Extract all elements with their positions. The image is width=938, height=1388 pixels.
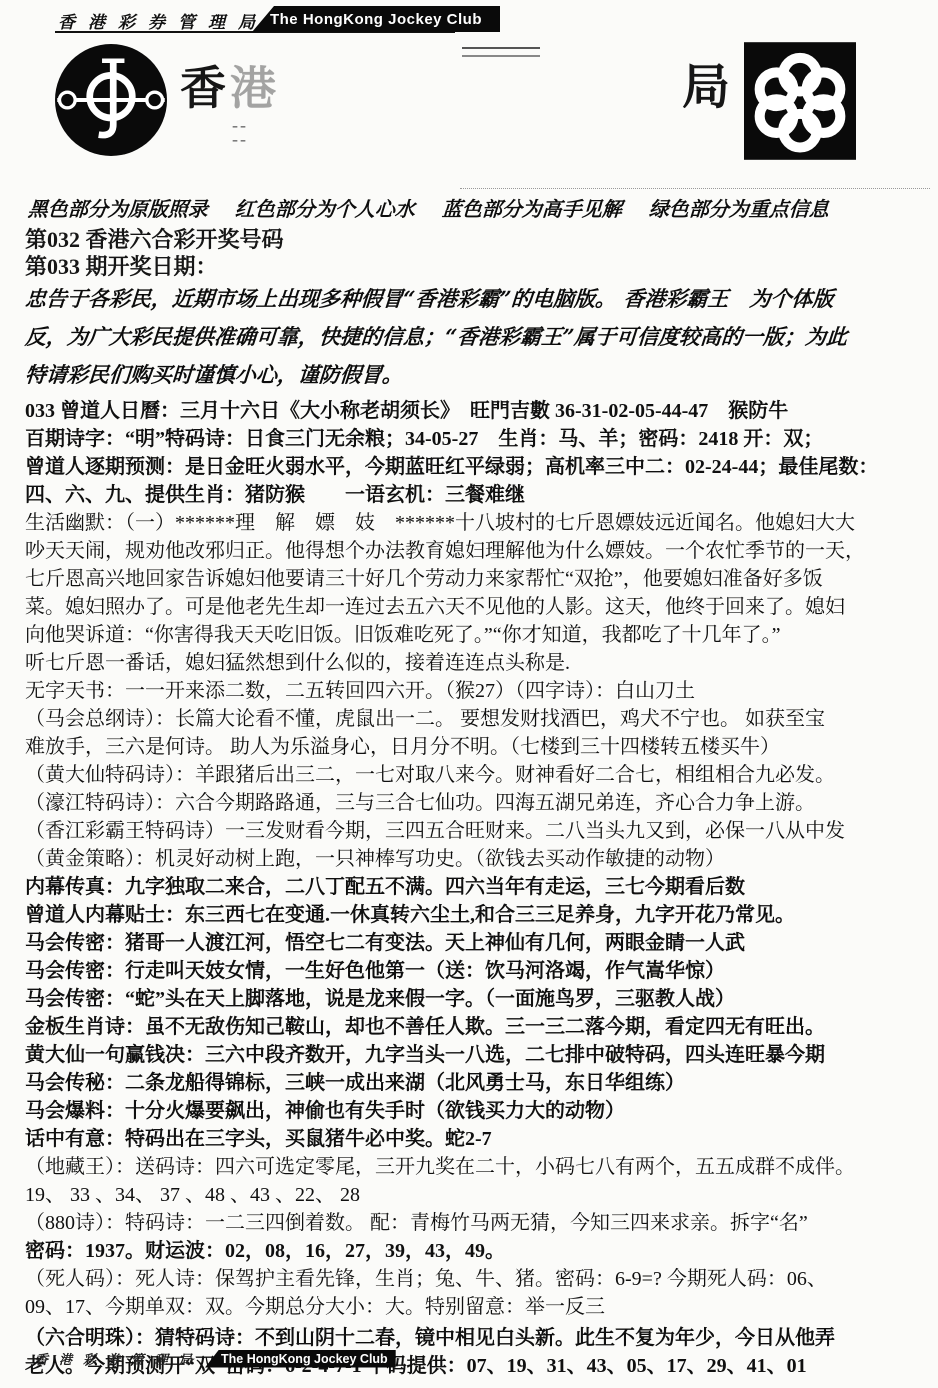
pearl-poem-line-1: （六合明珠）：猜特码诗：不到山阴十二春，镜中相见白头新。此生不复为年少，今日从他…	[25, 1324, 927, 1352]
club-secret-2: 马会传密：行走叫天妓女情，一生好色他第一（送：饮马河洛竭，作气嵩华惊）	[25, 957, 927, 985]
issue-032-line: 第032 香港六合彩开奖号码	[25, 226, 927, 253]
club-outline-poem-1: （马会总纲诗）：长篇大论看不懂，虎鼠出一二。 要想发财找酒巴，鸡犬不宁也。 如获…	[25, 705, 927, 733]
club-secret-3: 马会传密：“蛇”头在天上脚落地，说是龙来假一字。（一面施鸟罗，三驱教人战）	[25, 985, 927, 1013]
footer: 香港彩券管理局 The HongKong Jockey Club	[35, 1349, 396, 1368]
club-outline-poem-2: 难放手，三六是何诗。 助人为乐溢身心，日月分不明。（七楼到三十四楼转五楼买牛）	[25, 733, 927, 761]
death-code-line-2: 09、17、今期单双：双。今期总分大小：大。特别留意：举一反三	[25, 1293, 927, 1321]
poem-880-line: （880诗）：特码诗：一二三四倒着数。 配：青梅竹马两无猜，今知三四来求亲。拆字…	[25, 1209, 927, 1237]
insider-fax-line: 内幕传真：九字独取二来合，二八丁配五不满。四六当年有走运，三七今期看后数	[25, 873, 927, 901]
footer-org-english: The HongKong Jockey Club	[221, 1352, 388, 1366]
number-list-line: 19、 33 、34、 37 、48 、43 、22、 28	[25, 1181, 927, 1209]
color-legend: 黑色部分为原版照录 红色部分为个人心水 蓝色部分为高手见解 绿色部分为重点信息	[27, 193, 919, 222]
heungkong-poem-line: （香江彩霸王特码诗）一三发财看今期，三四五合旺财来。二八当头九又到，必保一八从中…	[25, 817, 927, 845]
header-org-chinese: 香港彩券管理局	[58, 8, 268, 33]
golden-strategy-line: （黄金策略）：机灵好动树上跑，一只神棒写功史。（欲钱去买动作敏捷的动物）	[25, 845, 927, 873]
poem-word-line: 百期诗字：“明”特码诗：日食三门无余粮；34-05-27 生肖：马、羊；密码：2…	[25, 425, 927, 453]
humor-line-1: 生活幽默：（一）******理 解 嫖 妓 ******十八坡村的七斤恩嫖妓远近…	[25, 509, 927, 537]
lottery-tip-sheet-scan: 香港彩券管理局 The HongKong Jockey Club 香港 ----…	[0, 0, 938, 1388]
warning-line-3: 特请彩民们购买时谨慎小心，谨防假冒。	[24, 356, 929, 394]
zodiac-line: 四、六、九、提供生肖：猪防猴 一语玄机：三餐难继	[25, 481, 927, 509]
gold-zodiac-poem: 金板生肖诗：虽不无敌伤知己鞍山，却也不善任人欺。三一三二落今期，看定四无有旺出。	[25, 1013, 927, 1041]
hidden-meaning-line: 话中有意：特码出在三字头，买鼠猪牛必中奖。蛇2-7	[25, 1125, 927, 1153]
issue-033-line: 第033 期开奖日期：	[25, 253, 927, 280]
password-wave-line: 密码：1937。财运波：02，08，16，27，39，43，49。	[25, 1237, 927, 1265]
brand-char-1: 香	[180, 63, 230, 114]
wongtaisin-poem-line: （黄大仙特码诗）：羊跟猪后出三二，一七对取八来今。财神看好二合七，相组相合九必发…	[25, 761, 927, 789]
scan-artifact-dashes: ----	[232, 118, 248, 146]
flower-rings-logo	[744, 42, 856, 160]
wordless-book-line: 无字天书：一一开来添二数，二五转回四六开。（猴27）（四字诗）：白山刀土	[25, 677, 927, 705]
humor-line-6: 听七斤恩一番话，媳妇猛然想到什么似的，接着连连点头称是.	[25, 649, 927, 677]
jockey-club-circle-logo	[55, 44, 167, 156]
header-banner: The HongKong Jockey Club	[252, 6, 500, 32]
club-scoop-line: 马会爆料：十分火爆要飙出，神偷也有失手时（欲钱买力大的动物）	[25, 1097, 927, 1125]
club-mystery-line: 马会传秘：二条龙船得锦标，三峡一成出来湖（北风勇士马，东日华组练）	[25, 1069, 927, 1097]
brand-hongkong-text: 香港	[180, 52, 280, 118]
humor-line-3: 七斤恩高兴地回家告诉媳妇他要请三十好几个劳动力来家帮忙“双抢”，他要媳妇准备好多…	[25, 565, 927, 593]
dizang-poem-line: （地藏王）：送码诗：四六可选定零尾，三开九奖在二十，小码七八有两个，五五成群不成…	[25, 1153, 927, 1181]
document-body: 第032 香港六合彩开奖号码 第033 期开奖日期： 忠告于各彩民，近期市场上出…	[25, 226, 927, 1380]
warning-line-2: 反，为广大彩民提供准确可靠，快捷的信息；“香港彩霸王”属于可信度较高的一版；为此	[24, 318, 929, 356]
forecast-line: 曾道人逐期预测：是日金旺火弱水平，今期蓝旺红平绿弱；高机率三中二：02-24-4…	[25, 453, 927, 481]
humor-line-2: 吵天天闹，规劝他改邪归正。他得想个办法教育媳妇理解他为什么嫖妓。一个农忙季节的一…	[25, 537, 927, 565]
humor-line-5: 向他哭诉道：“你害得我天天吃旧饭。旧饭难吃死了。”“你才知道，我都吃了十几年了。…	[25, 621, 927, 649]
houkong-poem-line: （濠江特码诗）：六合今期路路通，三与三合七仙功。四海五湖兄弟连，齐心合力争上游。	[25, 789, 927, 817]
scan-artifact-lines	[462, 47, 540, 57]
right-char-ju: 局	[682, 48, 730, 117]
humor-line-4: 菜。媳妇照办了。可是他老先生却一连过去五六天不见他的人影。这天，他终于回来了。媳…	[25, 593, 927, 621]
calendar-line: 033 曾道人日曆：三月十六日《大小称老胡须长》 旺門吉數 36-31-02-0…	[25, 397, 927, 425]
death-code-line-1: （死人码）：死人诗：保驾护主看先锋，生肖；兔、牛、猪。密码：6-9=? 今期死人…	[25, 1265, 927, 1293]
insider-tips-line: 曾道人内幕贴士：东三西七在变通.一休真转六尘土,和合三三足养身，九字开花乃常见。	[25, 901, 927, 929]
header-org-english: The HongKong Jockey Club	[270, 11, 482, 28]
footer-banner: The HongKong Jockey Club	[205, 1350, 396, 1368]
scan-artifact-dotline	[460, 188, 930, 189]
footer-org-chinese: 香港彩券管理局	[35, 1349, 203, 1368]
warning-line-1: 忠告于各彩民，近期市场上出现多种假冒“香港彩霸”的电脑版。 香港彩霸王 为个体版	[24, 280, 929, 318]
club-secret-1: 马会传密：猪哥一人渡江河，悟空七二有变法。天上神仙有几何，两眼金睛一人武	[25, 929, 927, 957]
brand-char-2: 港	[230, 63, 280, 114]
win-money-line: 黄大仙一句赢钱决：三六中段齐数开，九字当头一八选，二七排中破特码，四头连旺暴今期	[25, 1041, 927, 1069]
